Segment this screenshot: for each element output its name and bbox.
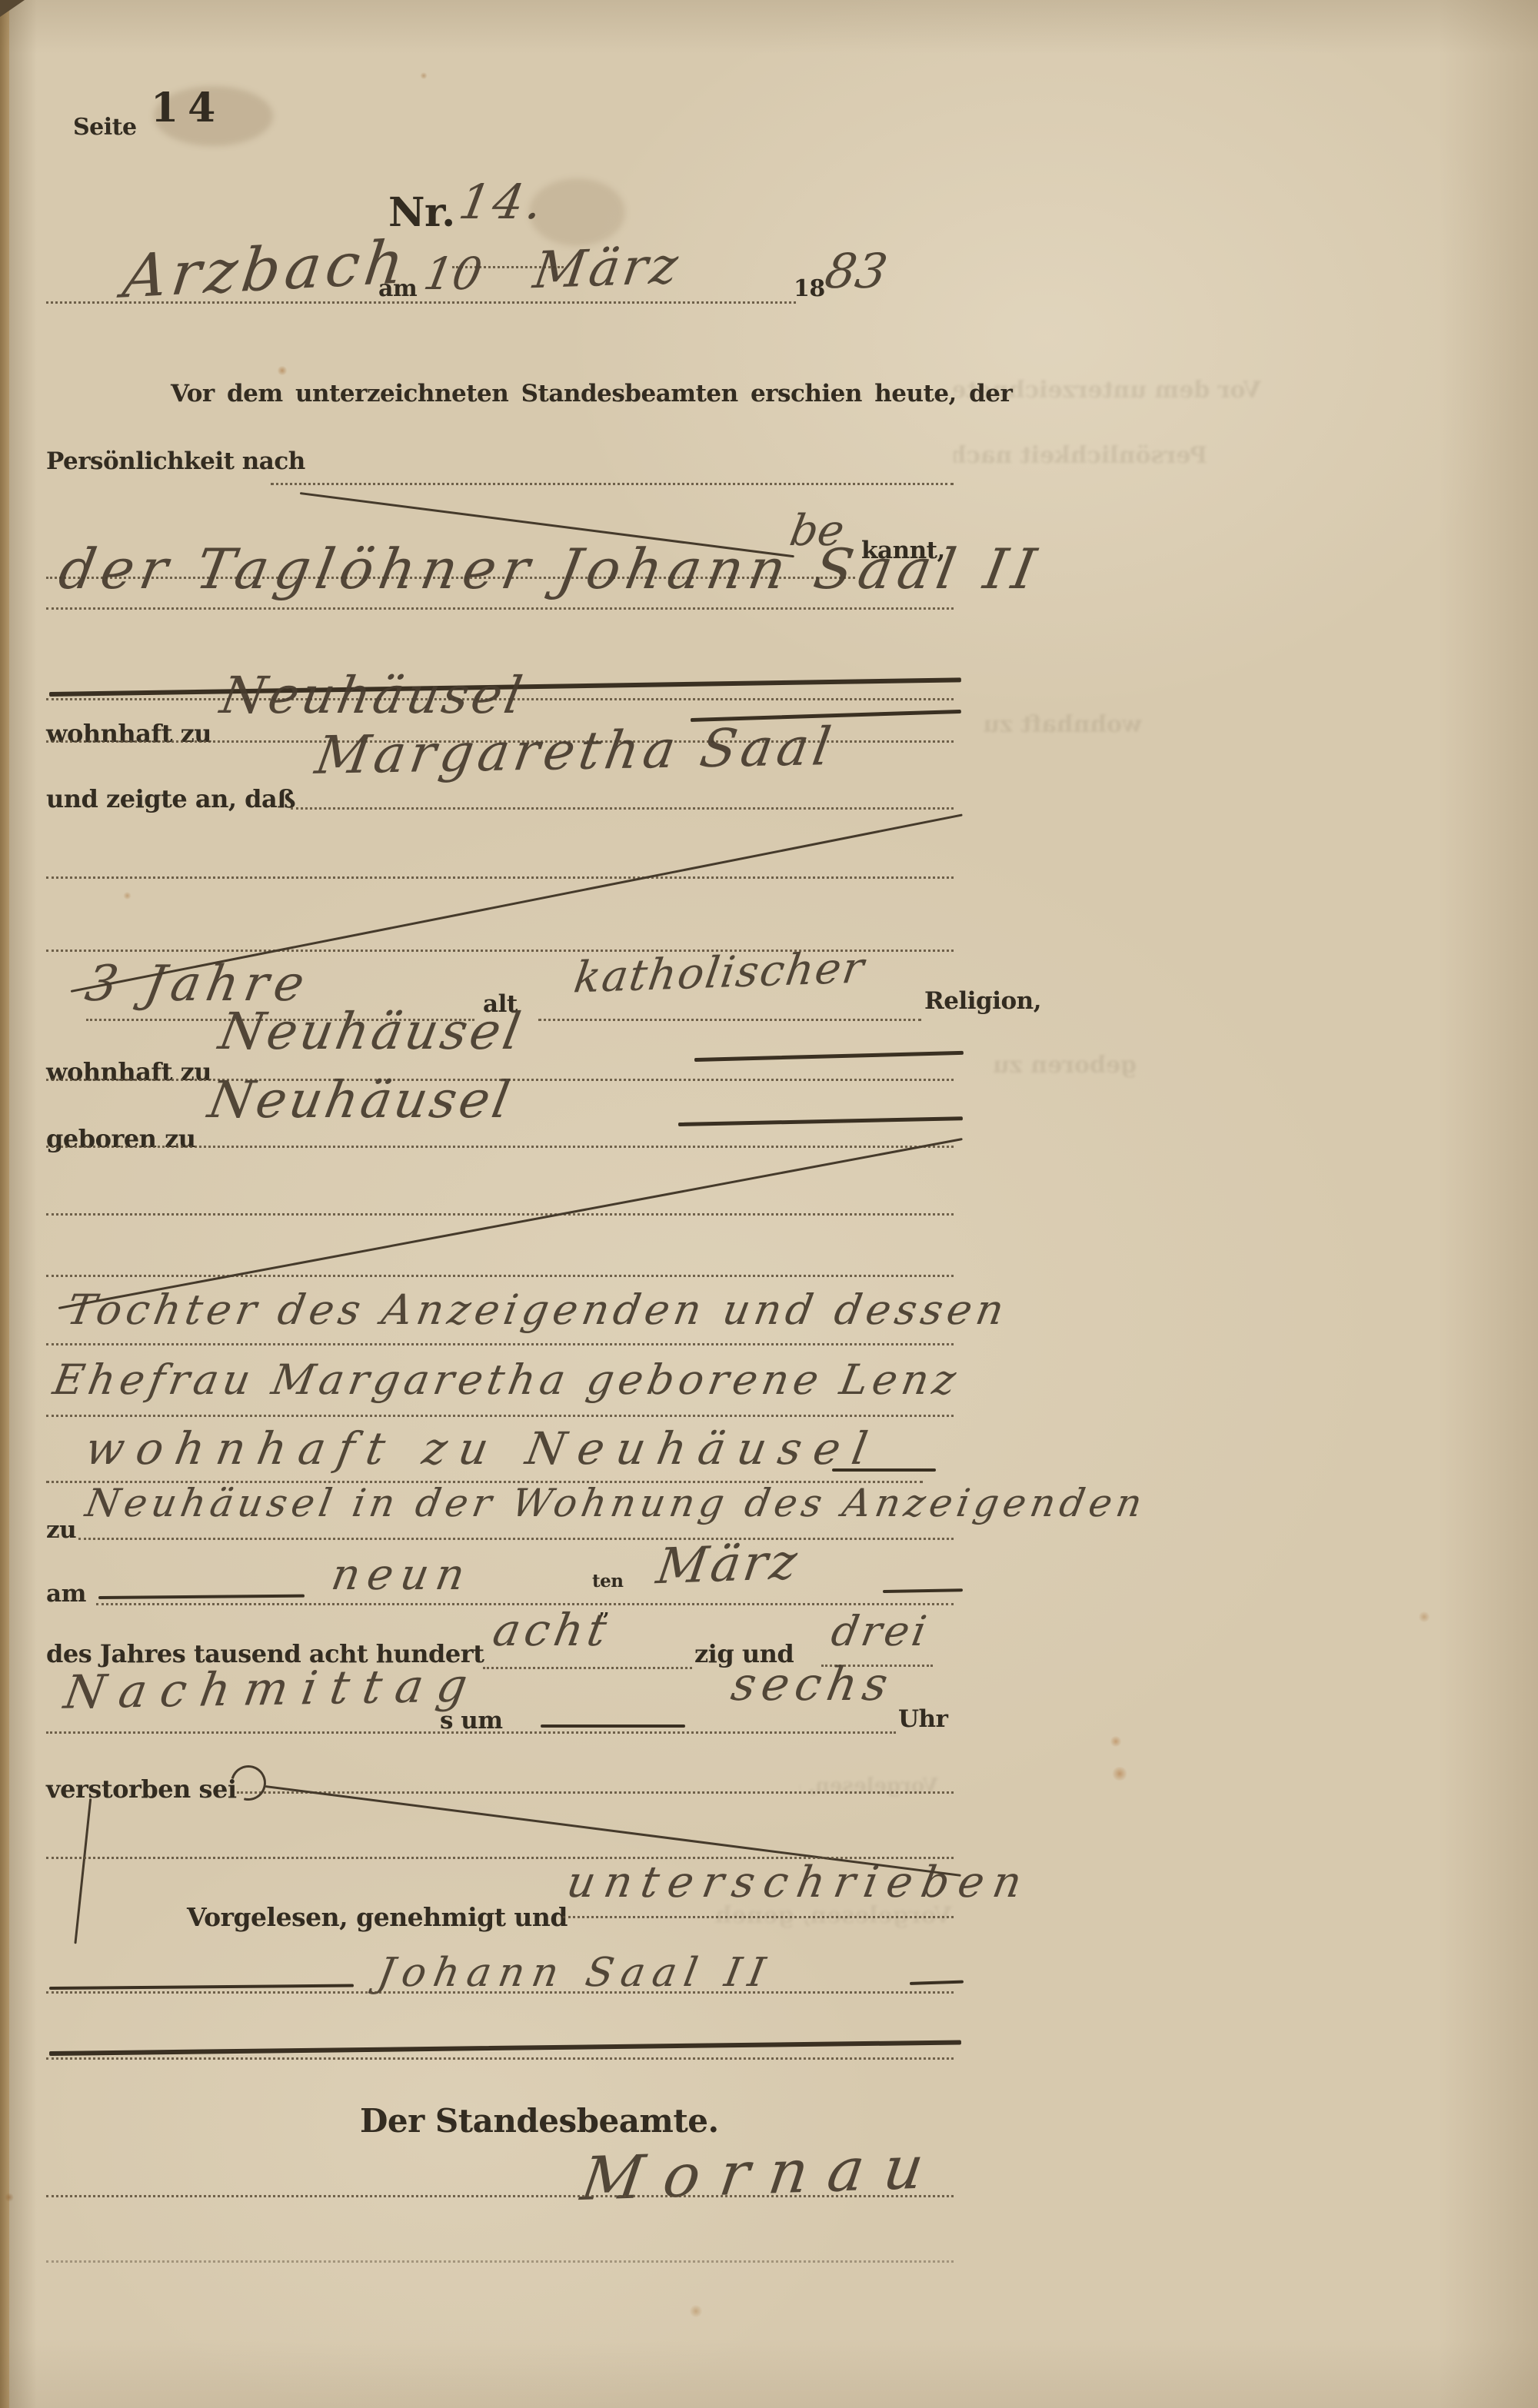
unterschrieben-handwritten: unterschrieben xyxy=(563,1858,1034,1907)
strike-line xyxy=(910,1981,964,1985)
decade-handwritten: acht xyxy=(489,1604,615,1656)
parents-line-1: Tochter des Anzeigenden und dessen xyxy=(63,1285,1012,1334)
foxing-spot xyxy=(123,892,131,900)
ten-label: ten xyxy=(592,1571,623,1591)
day-word-handwritten: neun xyxy=(328,1550,476,1600)
dotted-line xyxy=(46,2057,954,2060)
daytime-handwritten: Nachmittag xyxy=(61,1658,485,1719)
month-handwritten-2: März xyxy=(653,1534,803,1595)
register-page-scan: Vor dem unterzeichneten Standesbeamten e… xyxy=(0,0,1538,2408)
day-handwritten: 10 xyxy=(420,248,486,300)
diagonal-strike xyxy=(58,1138,963,1309)
intro-line: Vor dem unterzeichneten Standesbeamten e… xyxy=(171,380,1012,407)
zeigte-label: und zeigte an, daß xyxy=(46,784,295,813)
dotted-line xyxy=(46,1343,954,1345)
foxing-spot xyxy=(689,2305,703,2317)
dotted-line xyxy=(483,1667,692,1669)
foxing-spot xyxy=(5,2193,14,2202)
place-handwritten: Arzbach xyxy=(119,228,412,311)
strike-line xyxy=(541,1725,685,1728)
bleed-through-text: Persönlichkeit nach xyxy=(954,442,1207,474)
dotted-line xyxy=(46,1213,954,1216)
zu-label: zu xyxy=(46,1516,76,1544)
registrar-signature: Mornau xyxy=(577,2133,947,2214)
deceased-name-handwritten: Margaretha Saal xyxy=(311,717,840,787)
uhr-label: Uhr xyxy=(898,1705,947,1733)
parents-line-3: wohnhaft zu Neuhäusel xyxy=(82,1422,884,1475)
foxing-spot xyxy=(1418,1611,1430,1622)
foxing-spot xyxy=(1110,1736,1122,1747)
dotted-line xyxy=(46,2195,954,2197)
foxing-spot xyxy=(277,366,288,375)
dotted-line xyxy=(46,1146,954,1148)
strike-line xyxy=(678,1116,963,1126)
strike-line xyxy=(98,1595,305,1599)
dotted-line xyxy=(271,483,954,485)
am-label-2: am xyxy=(46,1580,86,1608)
dotted-line xyxy=(46,876,954,879)
strike-line xyxy=(832,1468,936,1472)
page-number: 14 xyxy=(151,85,225,131)
page-edge-left xyxy=(0,0,9,2408)
dotted-line xyxy=(46,1415,954,1417)
religion-label: Religion, xyxy=(924,987,1041,1015)
dotted-line xyxy=(538,1019,921,1021)
seite-label: Seite xyxy=(73,114,137,141)
residence-handwritten-2: Neuhäusel xyxy=(215,1002,528,1061)
page-corner-dark xyxy=(0,0,25,17)
dotted-line xyxy=(291,807,954,810)
bleed-through-text: geboren zu xyxy=(960,1052,1137,1084)
declarant-signature: Johann Saal II xyxy=(375,1950,777,1996)
residence-handwritten-1: Neuhäusel xyxy=(216,666,529,725)
dotted-line xyxy=(46,2260,954,2263)
dotted-line xyxy=(46,607,954,610)
wohnhaft-label-2: wohnhaft zu xyxy=(46,1057,211,1086)
strike-line xyxy=(49,1984,354,1990)
dotted-line xyxy=(563,1916,954,1918)
dotted-line xyxy=(46,1275,954,1277)
dotted-line xyxy=(46,1991,954,1994)
dotted-line xyxy=(237,1791,954,1794)
declarant-line-handwritten: der Taglöhner Johann Saal II xyxy=(55,537,1047,601)
entry-number-handwritten: 14. xyxy=(455,174,550,230)
dotted-line xyxy=(78,1538,954,1540)
foxing-spot xyxy=(1111,1767,1128,1781)
death-place-handwritten: Neuhäusel in der Wohnung des Anzeigenden xyxy=(82,1481,1150,1525)
unit-handwritten: drei xyxy=(827,1607,933,1655)
birthplace-handwritten: Neuhäusel xyxy=(204,1070,517,1129)
s-um-label: s um xyxy=(440,1707,503,1734)
vorgelesen-label: Vorgelesen, genehmigt und xyxy=(187,1902,568,1932)
wohnhaft-label-1: wohnhaft zu xyxy=(46,719,211,748)
month-handwritten: März xyxy=(530,236,684,301)
page-edge-right xyxy=(1438,0,1538,2408)
verstorben-label: verstorben sei xyxy=(46,1774,236,1804)
dotted-line xyxy=(46,301,796,304)
dotted-line xyxy=(46,1731,896,1734)
persoenlichkeit-label: Persönlichkeit nach xyxy=(46,447,305,475)
page-edge-left-shadow xyxy=(9,0,37,2408)
strike-line xyxy=(883,1588,963,1593)
strike-line xyxy=(694,1051,964,1062)
year-handwritten: 83 xyxy=(821,243,892,299)
hour-handwritten: sechs xyxy=(727,1658,898,1711)
parents-line-2: Ehefrau Margaretha geborene Lenz xyxy=(49,1355,964,1404)
geboren-label: geboren zu xyxy=(46,1124,196,1153)
standesbeamte-label: Der Standesbeamte. xyxy=(360,2102,719,2140)
page-edge-top xyxy=(0,0,1538,54)
bleed-through-text: wohnhaft zu xyxy=(957,711,1142,743)
strike-line-thick xyxy=(49,2040,961,2056)
religion-handwritten: katholischer xyxy=(571,943,868,1003)
bleed-through-text: Vorgelesen, genehmigt und xyxy=(800,1774,938,1802)
foxing-spot xyxy=(420,72,428,79)
page-edge-bottom xyxy=(0,2339,1538,2408)
am-label: am xyxy=(378,275,417,302)
flourish-tail xyxy=(75,1798,92,1944)
